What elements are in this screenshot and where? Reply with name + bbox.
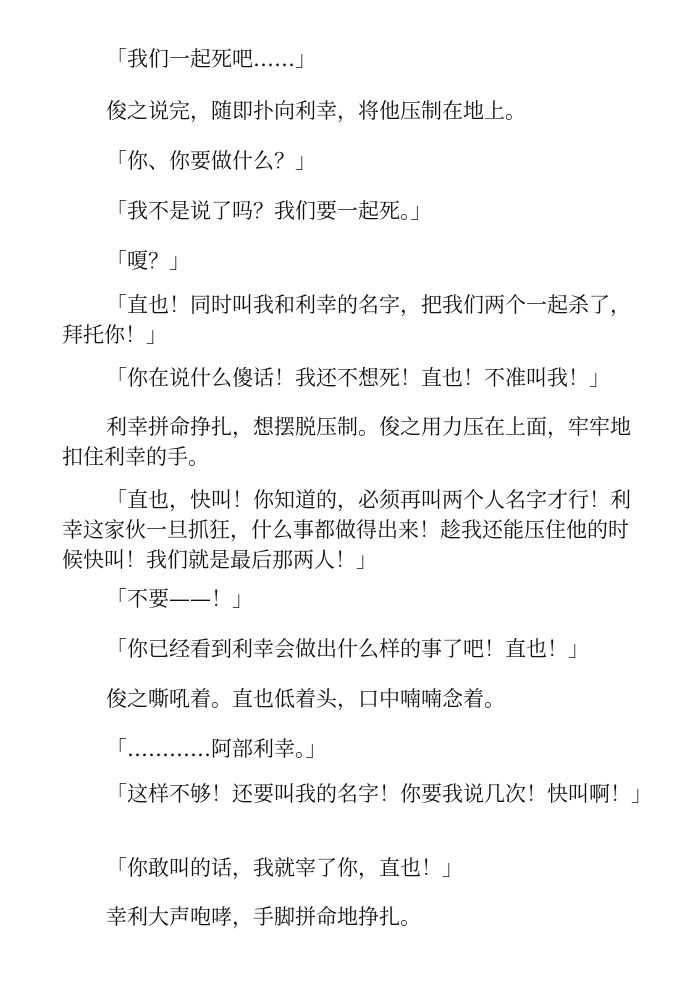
paragraph-narration-4: 幸利大声咆哮，手脚拼命地挣扎。: [62, 902, 642, 932]
paragraph-narration-2: 利幸拼命挣扎，想摆脱压制。俊之用力压在上面，牢牢地扣住利幸的手。: [62, 412, 642, 472]
paragraph-dialogue-4: 「嗄？」: [62, 246, 642, 276]
paragraph-dialogue-2: 「你、你要做什么？」: [62, 146, 642, 176]
paragraph-dialogue-6: 「你在说什么傻话！我还不想死！直也！不准叫我！」: [62, 363, 642, 393]
paragraph-dialogue-3: 「我不是说了吗？我们要一起死。」: [62, 196, 642, 226]
paragraph-dialogue-8: 「不要——！」: [62, 584, 642, 614]
paragraph-dialogue-10: 「…………阿部利幸。」: [62, 734, 642, 764]
paragraph-narration-3: 俊之嘶吼着。直也低着头，口中喃喃念着。: [62, 684, 642, 714]
paragraph-dialogue-5: 「直也！同时叫我和利幸的名字，把我们两个一起杀了，拜托你！」: [62, 290, 642, 350]
paragraph-dialogue-11: 「这样不够！还要叫我的名字！你要我说几次！快叫啊！」: [62, 779, 642, 809]
document-page: 「我们一起死吧……」 俊之说完，随即扑向利幸，将他压制在地上。 「你、你要做什么…: [0, 0, 700, 992]
paragraph-dialogue-1: 「我们一起死吧……」: [62, 44, 642, 74]
paragraph-dialogue-7: 「直也，快叫！你知道的，必须再叫两个人名字才行！利幸这家伙一旦抓狂，什么事都做得…: [62, 485, 642, 575]
paragraph-dialogue-12: 「你敢叫的话，我就宰了你，直也！」: [62, 853, 642, 883]
paragraph-narration-1: 俊之说完，随即扑向利幸，将他压制在地上。: [62, 96, 642, 126]
paragraph-dialogue-9: 「你已经看到利幸会做出什么样的事了吧！直也！」: [62, 634, 642, 664]
